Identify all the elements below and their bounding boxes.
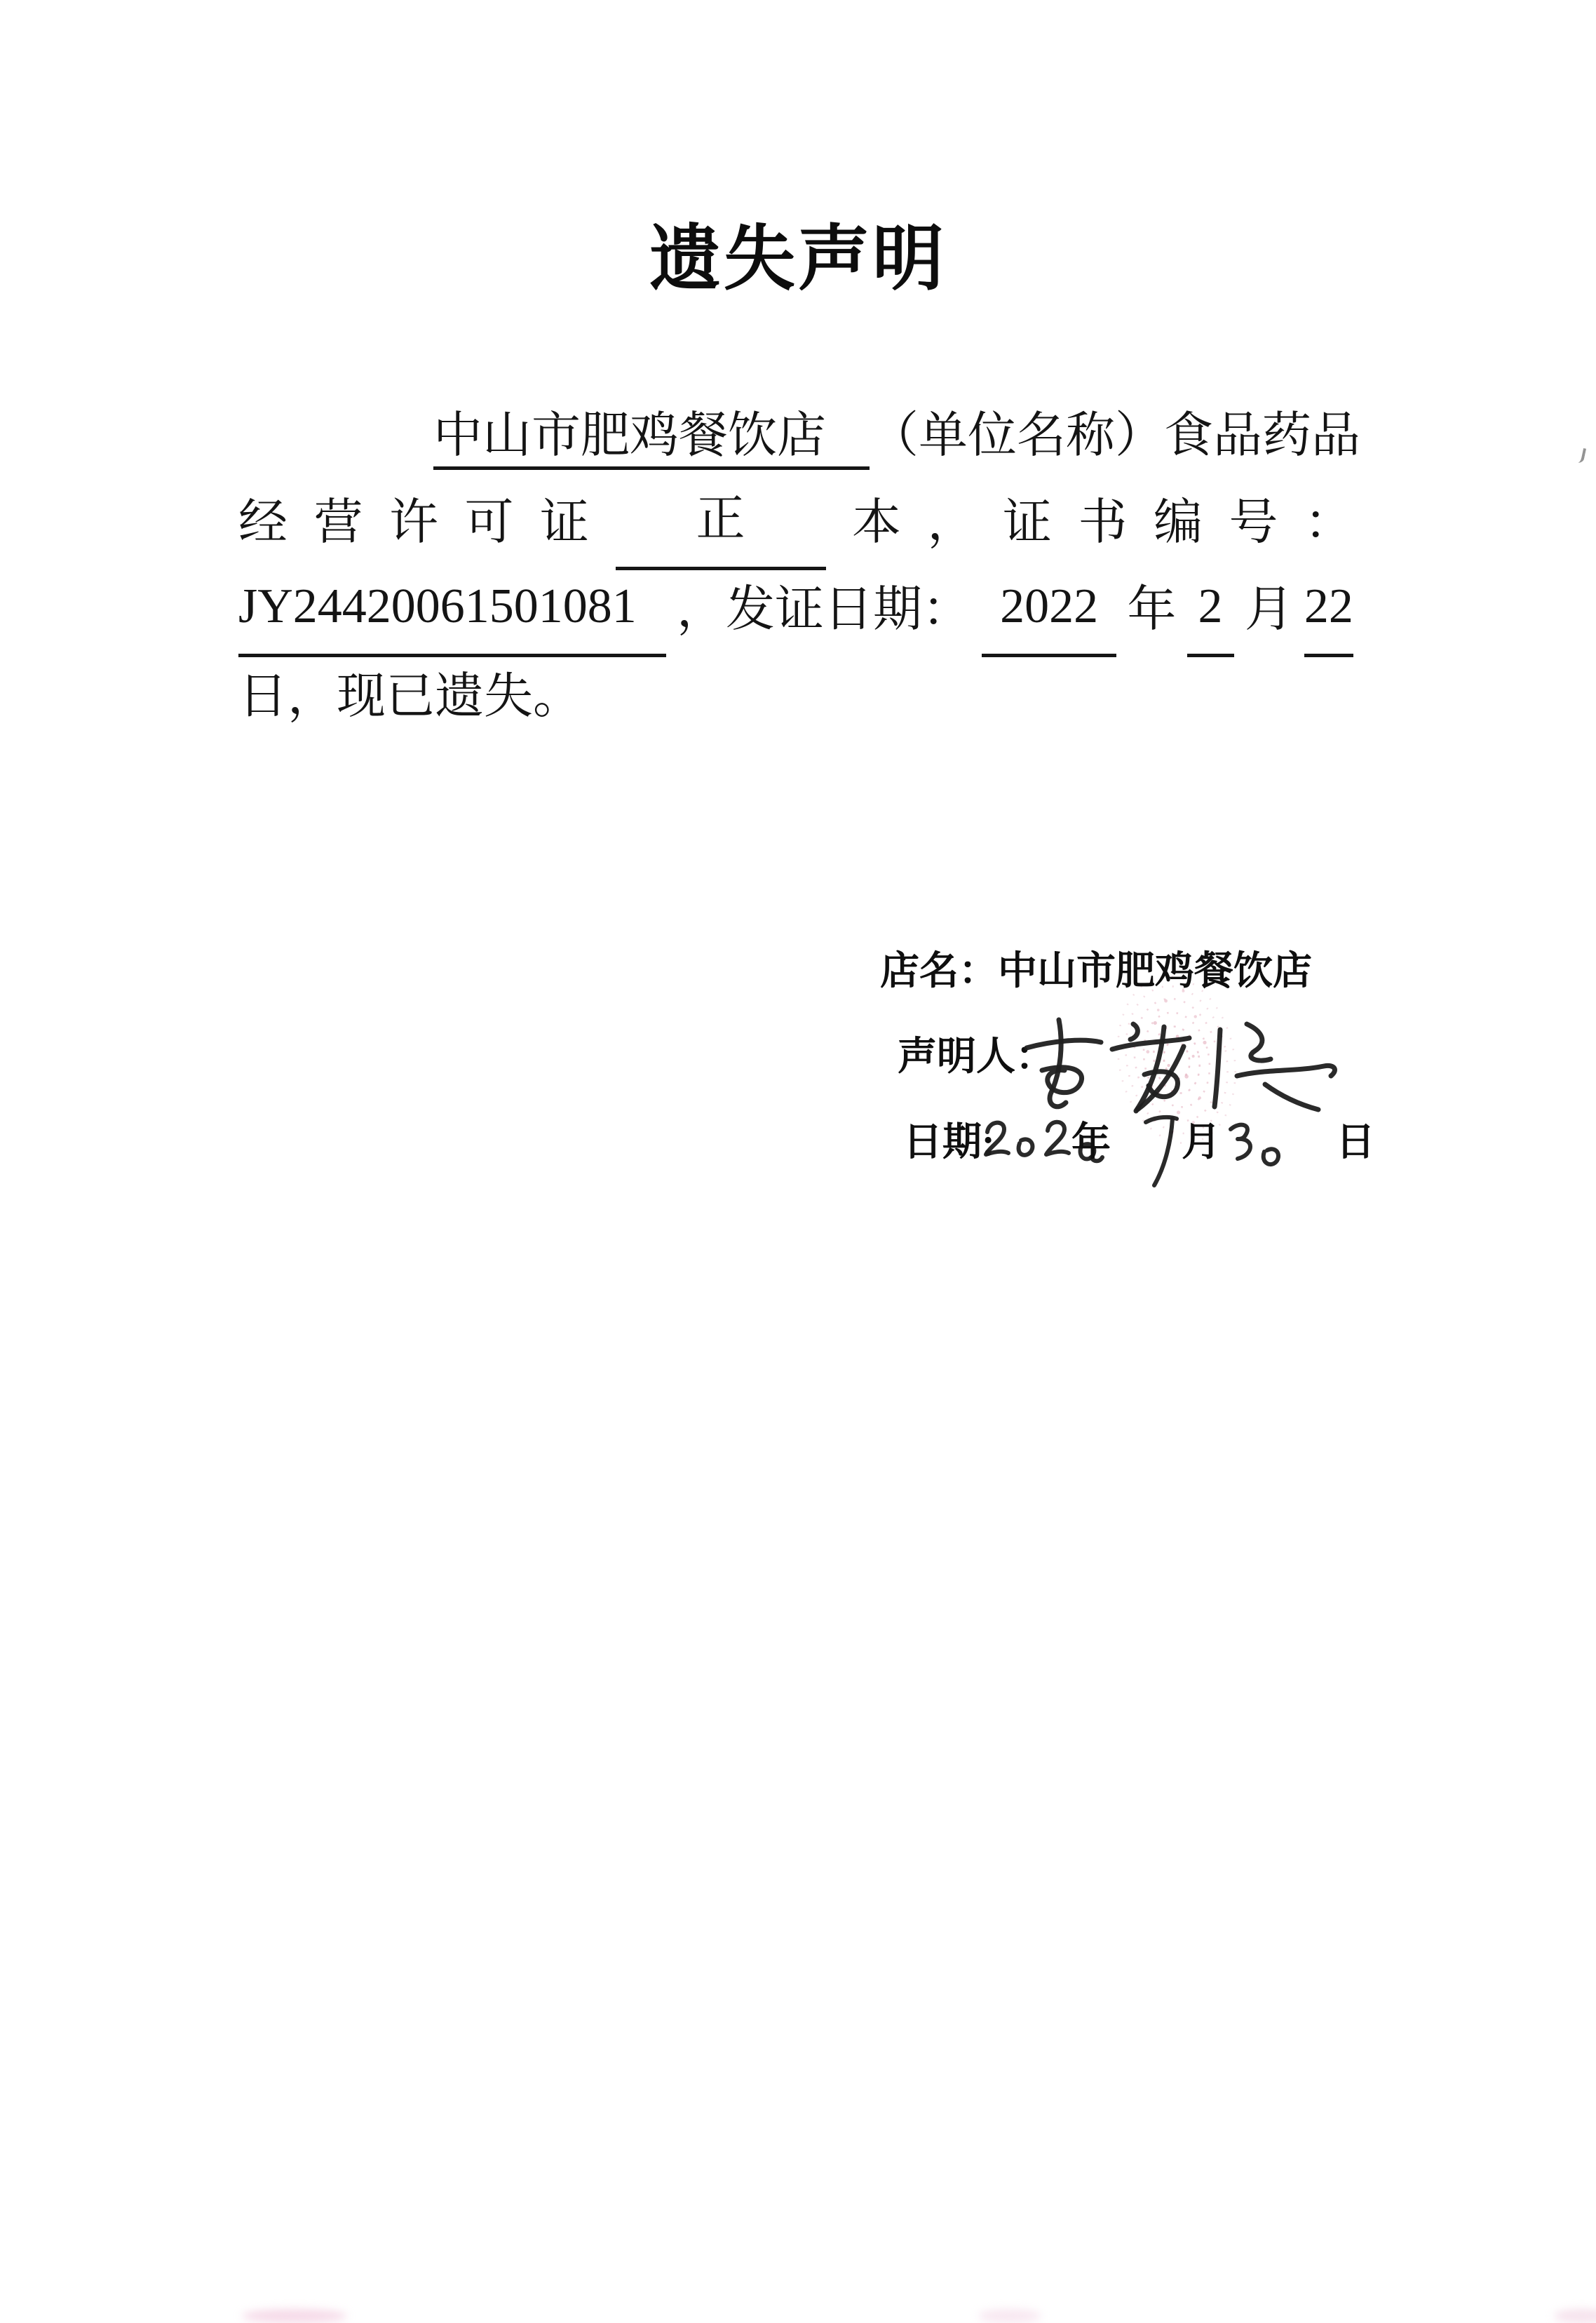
scan-smudge	[1554, 2309, 1596, 2323]
date-label: 日期:	[880, 1111, 995, 1167]
unit-name-underlined: 中山市肥鸡餐饮店	[433, 409, 870, 470]
scan-smudge	[978, 2309, 1041, 2323]
issue-year-char: 年	[1127, 567, 1176, 654]
copy-suffix-text: 本	[852, 480, 901, 567]
paragraph-line-4: 日，现已遗失。	[238, 654, 1353, 741]
copy-type-blank: 正	[616, 476, 826, 570]
paragraph-line-2: 经营许可证正本，证书编号：	[238, 480, 1353, 567]
declarant-signature-handwriting	[1015, 1006, 1345, 1125]
scanned-document-page: 遗失声明 中山市肥鸡餐饮店（单位名称）食品药品 经营许可证正本，证书编号： JY…	[0, 0, 1596, 2323]
comma-text: ，	[928, 480, 977, 567]
closing-text: 日，现已遗失。	[238, 670, 582, 724]
paragraph-line-3: JY24420061501081，发证日期：2022年2月22	[238, 567, 1353, 654]
document-title: 遗失声明	[0, 202, 1596, 304]
scan-smudge	[242, 2309, 347, 2323]
scan-noise-mark	[1574, 447, 1586, 464]
paragraph-line-1: 中山市肥鸡餐饮店（单位名称）食品药品	[238, 393, 1353, 480]
issue-day-underlined: 22	[1304, 563, 1353, 657]
declarant-line: 声明人：	[880, 1025, 1413, 1111]
issue-year-underlined: 2022	[982, 563, 1116, 657]
declaration-paragraph: 中山市肥鸡餐饮店（单位名称）食品药品 经营许可证正本，证书编号： JY24420…	[238, 393, 1353, 741]
issue-month-underlined: 2	[1187, 563, 1234, 657]
store-name-label: 店名：	[880, 940, 998, 996]
unit-label-text: （单位名称）食品药品	[870, 409, 1360, 463]
issue-month-char: 月	[1245, 567, 1294, 654]
cert-number-underlined: JY24420061501081	[238, 563, 666, 657]
issue-date-label: ，发证日期：	[677, 567, 971, 654]
